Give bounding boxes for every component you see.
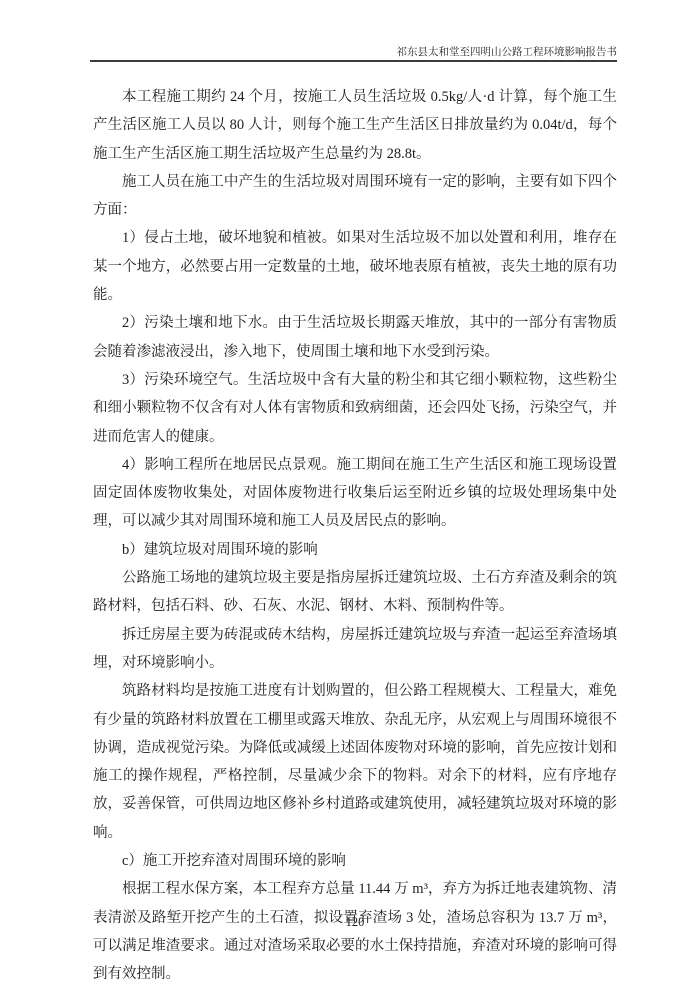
paragraph-spoil-volume: 根据工程水保方案，本工程弃方总量 11.44 万 m³，弃方为拆迁地表建筑物、清…: [93, 875, 617, 988]
paragraph-construction-waste-estimate: 本工程施工期约 24 个月，按施工人员生活垃圾 0.5kg/人·d 计算，每个施…: [93, 83, 617, 168]
document-body: 本工程施工期约 24 个月，按施工人员生活垃圾 0.5kg/人·d 计算，每个施…: [93, 83, 617, 989]
document-page: 祁东县太和堂至四明山公路工程环境影响报告书 本工程施工期约 24 个月，按施工人…: [0, 0, 700, 990]
heading-b-construction-debris: b）建筑垃圾对周围环境的影响: [93, 536, 617, 564]
paragraph-impact-2-soil-groundwater: 2）污染土壤和地下水。由于生活垃圾长期露天堆放，其中的一部分有害物质会随着渗滤液…: [93, 309, 617, 366]
paragraph-impact-intro: 施工人员在施工中产生的生活垃圾对周围环境有一定的影响，主要有如下四个方面：: [93, 168, 617, 225]
paragraph-impact-1-land: 1）侵占土地，破坏地貌和植被。如果对生活垃圾不加以处置和利用，堆存在某一个地方，…: [93, 224, 617, 309]
page-footer: 120: [93, 915, 617, 930]
page-number: 120: [346, 915, 365, 929]
header-title: 祁东县太和堂至四明山公路工程环境影响报告书: [397, 44, 618, 59]
paragraph-impact-4-landscape: 4）影响工程所在地居民点景观。施工期间在施工生产生活区和施工现场设置固定固体废物…: [93, 451, 617, 536]
heading-c-excavation-spoil: c）施工开挖弃渣对周围环境的影响: [93, 847, 617, 875]
paragraph-impact-3-air: 3）污染环境空气。生活垃圾中含有大量的粉尘和其它细小颗粒物，这些粉尘和细小颗粒物…: [93, 366, 617, 451]
paragraph-road-materials: 筑路材料均是按施工进度有计划购置的，但公路工程规模大、工程量大，难免有少量的筑路…: [93, 677, 617, 847]
paragraph-debris-definition: 公路施工场地的建筑垃圾主要是指房屋拆迁建筑垃圾、土石方弃渣及剩余的筑路材料，包括…: [93, 564, 617, 621]
paragraph-demolition-structures: 拆迁房屋主要为砖混或砖木结构，房屋拆迁建筑垃圾与弃渣一起运至弃渣场填埋，对环境影…: [93, 621, 617, 678]
header-rule: [90, 60, 617, 62]
